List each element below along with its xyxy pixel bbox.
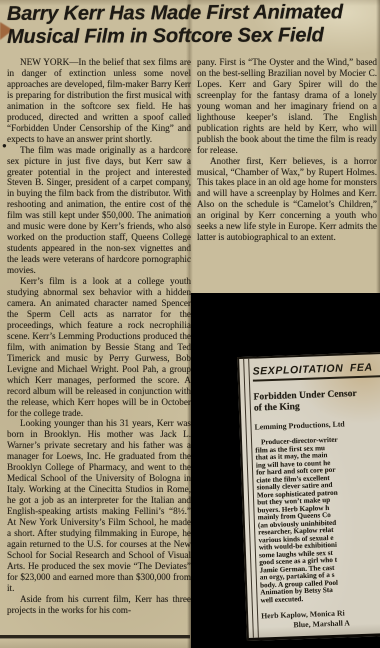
article-paragraph: Another first, Kerr believes, is a horro… bbox=[197, 156, 377, 244]
review-content: SEXPLOITATION FEA Forbidden Under Censor… bbox=[252, 361, 380, 630]
headline-line-2: Musical Film in Softcore Sex Field bbox=[7, 24, 379, 49]
article-headline: Barry Kerr Has Made First Animated Music… bbox=[7, 1, 379, 49]
article-paragraph: Kerr’s film is a look at a college youth… bbox=[7, 276, 191, 418]
clipping-right-edge bbox=[376, 0, 380, 293]
article-paragraph: pany. First is “The Oyster and the Wind,… bbox=[197, 57, 377, 156]
scanned-clippings-page: { "headline": { "line1": "Barry Kerr Has… bbox=[0, 0, 380, 648]
review-clipping: SEXPLOITATION FEA Forbidden Under Censor… bbox=[237, 352, 380, 641]
article-column-left: NEW YORK—In the belief that sex films ar… bbox=[7, 57, 191, 616]
article-paragraph: NEW YORK—In the belief that sex films ar… bbox=[7, 57, 191, 145]
article-paragraph: Aside from his current film, Kerr has th… bbox=[7, 594, 191, 616]
article-column-right: pany. First is “The Oyster and the Wind,… bbox=[197, 57, 377, 243]
margin-dot-mark: ● bbox=[2, 141, 7, 150]
bottom-rule bbox=[0, 635, 190, 638]
review-cast: Herb Kaplow, Monica Ri Blue, Marshall A bbox=[261, 607, 380, 631]
review-studio-credit: Lemming Productions, Ltd bbox=[254, 418, 380, 432]
article-paragraph: Looking younger than his 31 years, Kerr … bbox=[7, 418, 191, 593]
clipping-cut-edge bbox=[187, 293, 191, 648]
review-body: Producer-director-writer film as the fir… bbox=[255, 435, 380, 605]
article-paragraph: The film was made originally as a hardco… bbox=[7, 145, 191, 276]
column-crease bbox=[186, 0, 193, 293]
